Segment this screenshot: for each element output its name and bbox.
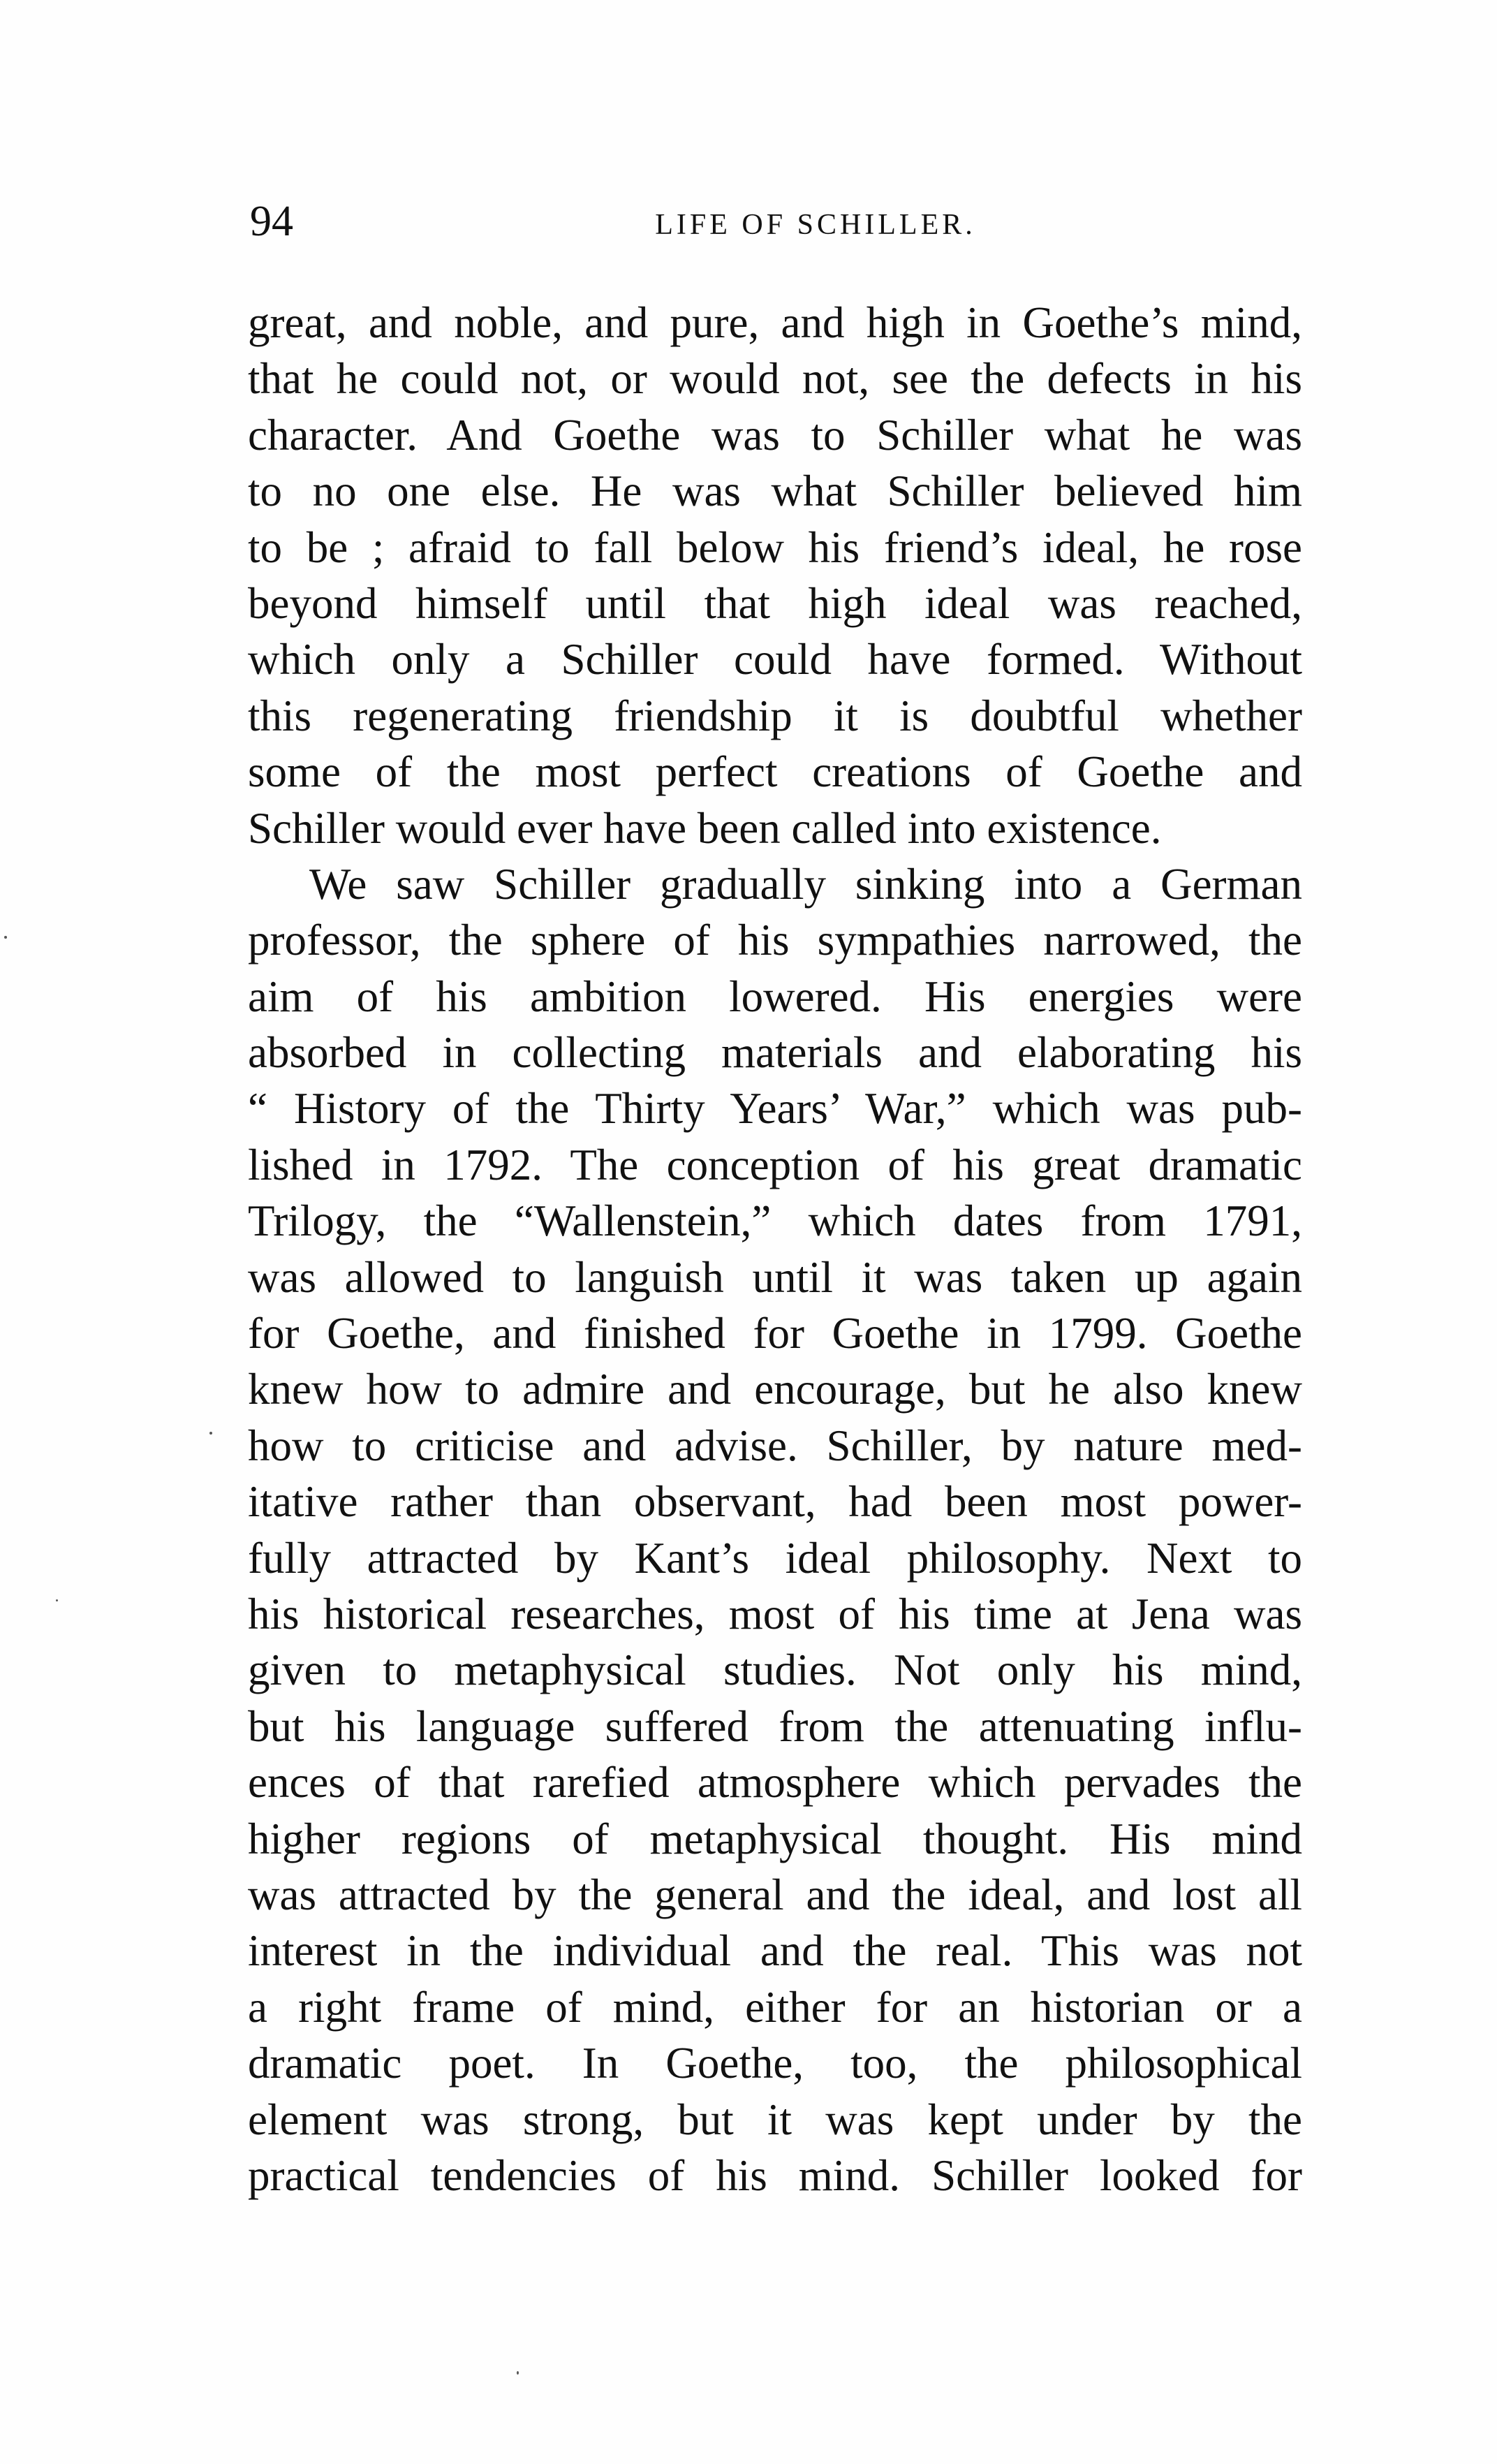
text-line: interest in the individual and the real.… (248, 1923, 1302, 1979)
text-line: knew how to admire and encourage, but he… (248, 1361, 1302, 1417)
text-line: absorbed in collecting materials and ela… (248, 1025, 1302, 1080)
text-line: lished in 1792. The conception of his gr… (248, 1137, 1302, 1193)
text-line: beyond himself until that high ideal was… (248, 575, 1302, 631)
text-line: fully attracted by Kant’s ideal philosop… (248, 1530, 1302, 1586)
text-line: great, and noble, and pure, and high in … (248, 295, 1302, 351)
text-line: how to criticise and advise. Schiller, b… (248, 1418, 1302, 1474)
text-line: aim of his ambition lowered. His energie… (248, 969, 1302, 1025)
scan-speck (56, 1599, 58, 1601)
text-line: was allowed to languish until it was tak… (248, 1249, 1302, 1305)
text-line: but his language suffered from the atten… (248, 1699, 1302, 1754)
text-line: some of the most perfect creations of Go… (248, 744, 1302, 800)
text-line: Trilogy, the “Wallenstein,” which dates … (248, 1193, 1302, 1249)
running-title: LIFE OF SCHILLER. (250, 204, 1297, 246)
scan-speck (209, 1432, 212, 1435)
body-text: great, and noble, and pure, and high in … (248, 295, 1302, 2203)
text-line: his historical researches, most of his t… (248, 1586, 1302, 1642)
text-line: to no one else. He was what Schiller bel… (248, 463, 1302, 519)
text-line: element was strong, but it was kept unde… (248, 2092, 1302, 2148)
text-line: itative rather than observant, had been … (248, 1474, 1302, 1530)
text-line: character. And Goethe was to Schiller wh… (248, 407, 1302, 463)
scan-speck (4, 936, 7, 939)
text-line-paragraph-end: Schiller would ever have been called int… (248, 800, 1302, 856)
text-line: higher regions of metaphysical thought. … (248, 1811, 1302, 1867)
text-line: for Goethe, and finished for Goethe in 1… (248, 1305, 1302, 1361)
text-line: dramatic poet. In Goethe, too, the philo… (248, 2035, 1302, 2091)
book-page: 94 LIFE OF SCHILLER. great, and noble, a… (0, 0, 1497, 2464)
text-line: which only a Schiller could have formed.… (248, 631, 1302, 687)
text-line: practical tendencies of his mind. Schill… (248, 2148, 1302, 2203)
text-line-paragraph-start: We saw Schiller gradually sinking into a… (248, 856, 1302, 912)
text-line: to be ; afraid to fall below his friend’… (248, 520, 1302, 575)
text-line: this regenerating friendship it is doubt… (248, 688, 1302, 744)
text-line: ences of that rarefied atmosphere which … (248, 1754, 1302, 1810)
text-line: given to metaphysical studies. Not only … (248, 1642, 1302, 1698)
scan-speck (517, 2371, 519, 2375)
page-header: 94 LIFE OF SCHILLER. (250, 197, 1297, 246)
text-line: professor, the sphere of his sympathies … (248, 912, 1302, 968)
text-line: “ History of the Thirty Years’ War,” whi… (248, 1080, 1302, 1136)
text-line: a right frame of mind, either for an his… (248, 1979, 1302, 2035)
text-line: was attracted by the general and the ide… (248, 1867, 1302, 1923)
text-line: that he could not, or would not, see the… (248, 351, 1302, 406)
